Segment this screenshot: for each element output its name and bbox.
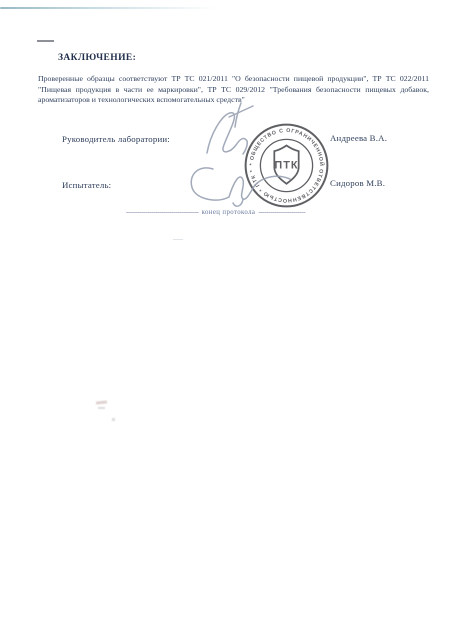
handwritten-signatures [185,100,310,212]
signatory-name-lab-head: Андреева В.А. [330,133,387,143]
conclusion-heading: ЗАКЛЮЧЕНИЕ: [58,53,136,63]
document-page: ЗАКЛЮЧЕНИЕ: Проверенные образцы соответс… [0,0,450,636]
scan-speck-artifact [173,239,183,240]
signature-lab-head [207,103,253,154]
scan-smudge-artifact [96,400,107,404]
role-label-lab-head: Руководитель лаборатории: [62,134,170,144]
signature-tester [191,168,290,206]
signatory-name-tester: Сидоров М.В. [330,178,385,188]
scan-artifact-line [0,7,218,9]
scan-smudge-artifact [98,407,105,409]
scan-speck-artifact [112,418,115,421]
corner-dash-mark [37,40,54,42]
role-label-tester: Испытатель: [62,180,111,190]
